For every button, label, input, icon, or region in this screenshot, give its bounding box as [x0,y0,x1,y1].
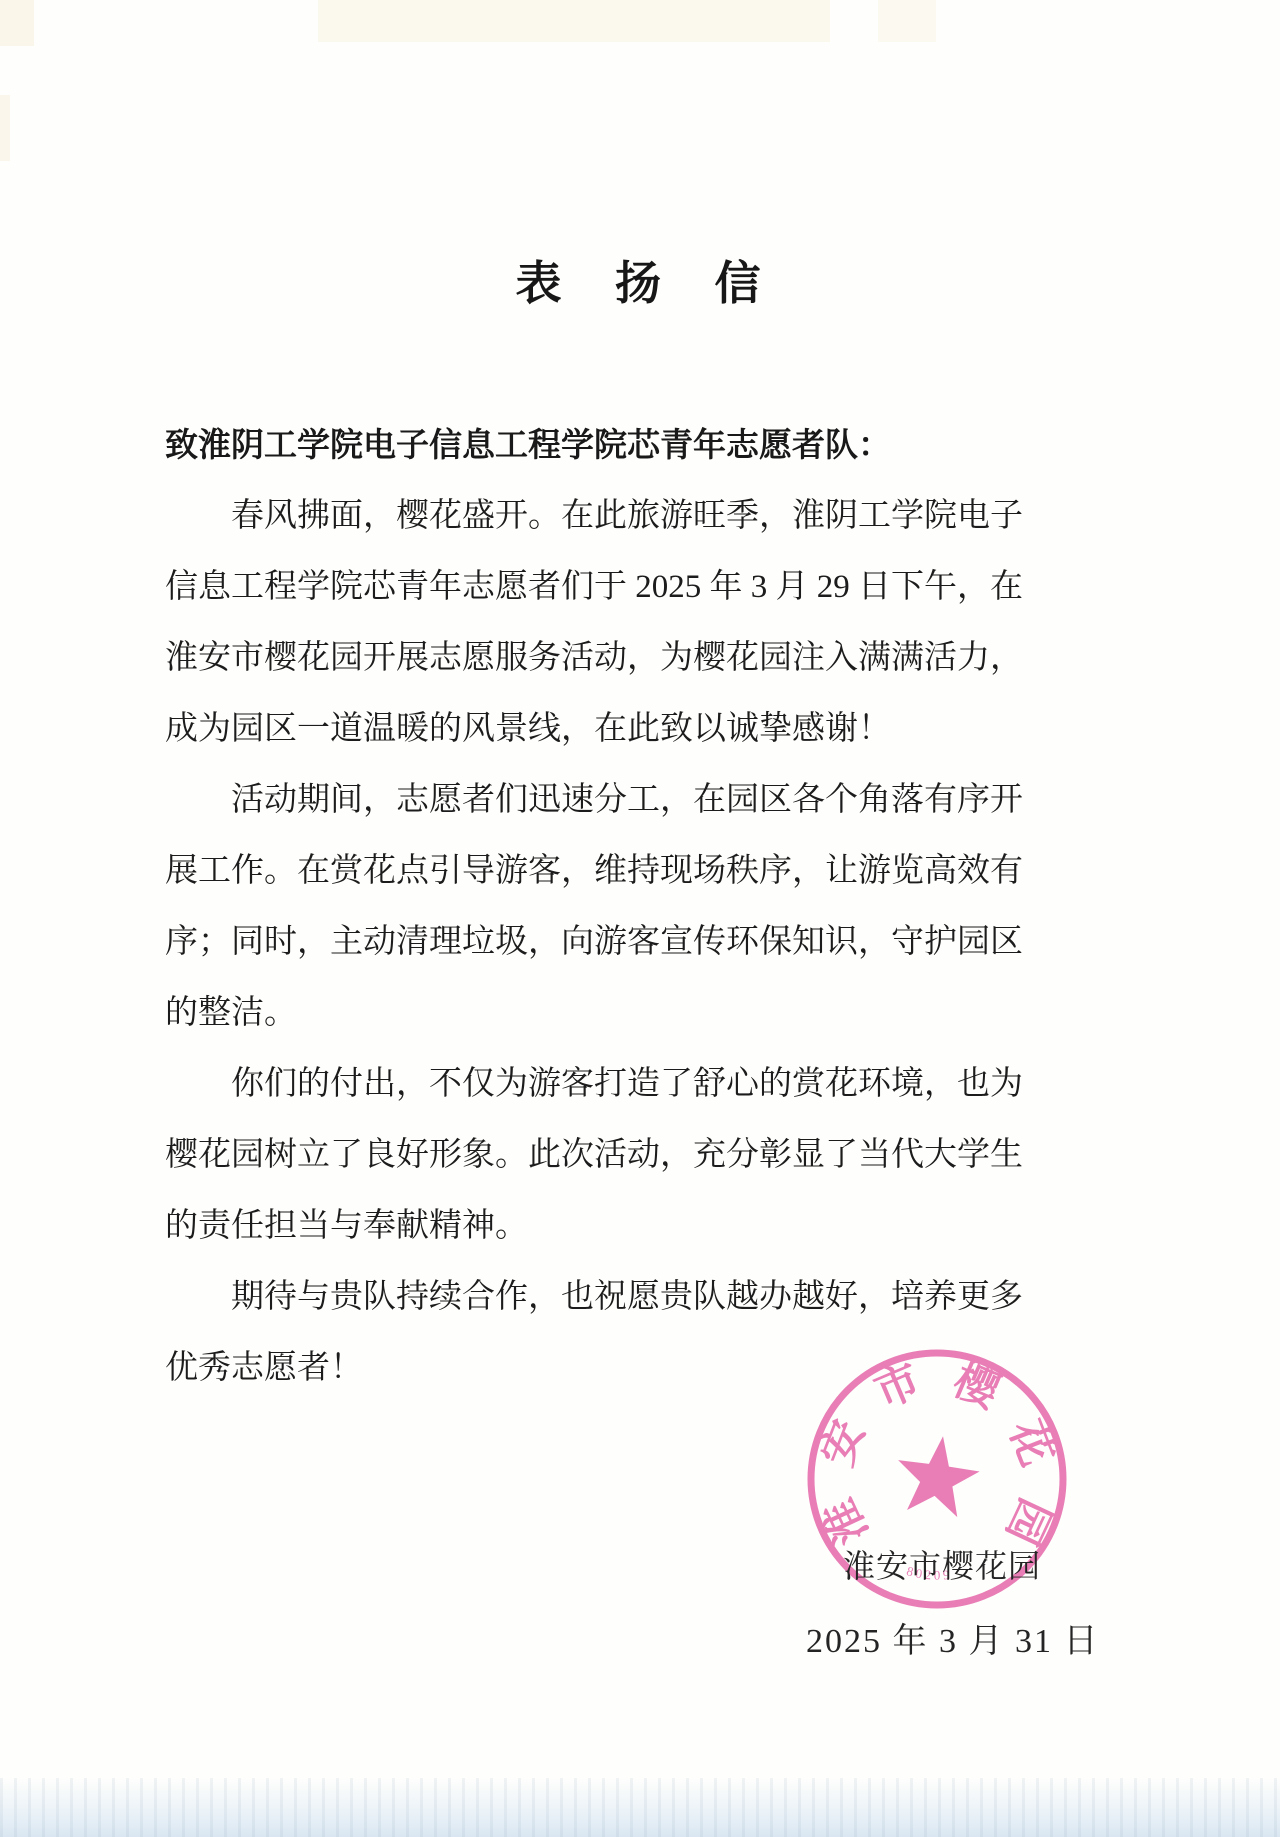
letter-body: 春风拂面，樱花盛开。在此旅游旺季，淮阴工学院电子 信息工程学院芯青年志愿者们于 … [165,481,1110,1404]
signature-org-name: 淮安市樱花园 [843,1541,1041,1587]
scan-artifact-left-edge [0,95,10,161]
scan-artifact-top [318,0,830,42]
scan-artifact-corner [0,0,34,46]
letter-salutation: 致淮阴工学院电子信息工程学院芯青年志愿者队： [165,419,1165,466]
scan-artifact-bottom [0,1778,1280,1837]
scanned-letter-page: 表 扬 信 致淮阴工学院电子信息工程学院芯青年志愿者队： 春风拂面，樱花盛开。在… [0,0,1280,1837]
letter-date: 2025 年 3 月 31 日 [806,1613,1100,1662]
letter-title: 表 扬 信 [516,247,775,313]
seal-star-icon [891,1430,983,1519]
scan-artifact-top-small [878,0,936,42]
paragraph-work-details: 活动期间，志愿者们迅速分工，在园区各个角落有序开 展工作。在赏花点引导游客，维持… [165,765,1110,1049]
paragraph-activity-intro: 春风拂面，樱花盛开。在此旅游旺季，淮阴工学院电子 信息工程学院芯青年志愿者们于 … [165,481,1110,765]
paragraph-appreciation: 你们的付出，不仅为游客打造了舒心的赏花环境，也为 樱花园树立了良好形象。此次活动… [165,1049,1110,1262]
